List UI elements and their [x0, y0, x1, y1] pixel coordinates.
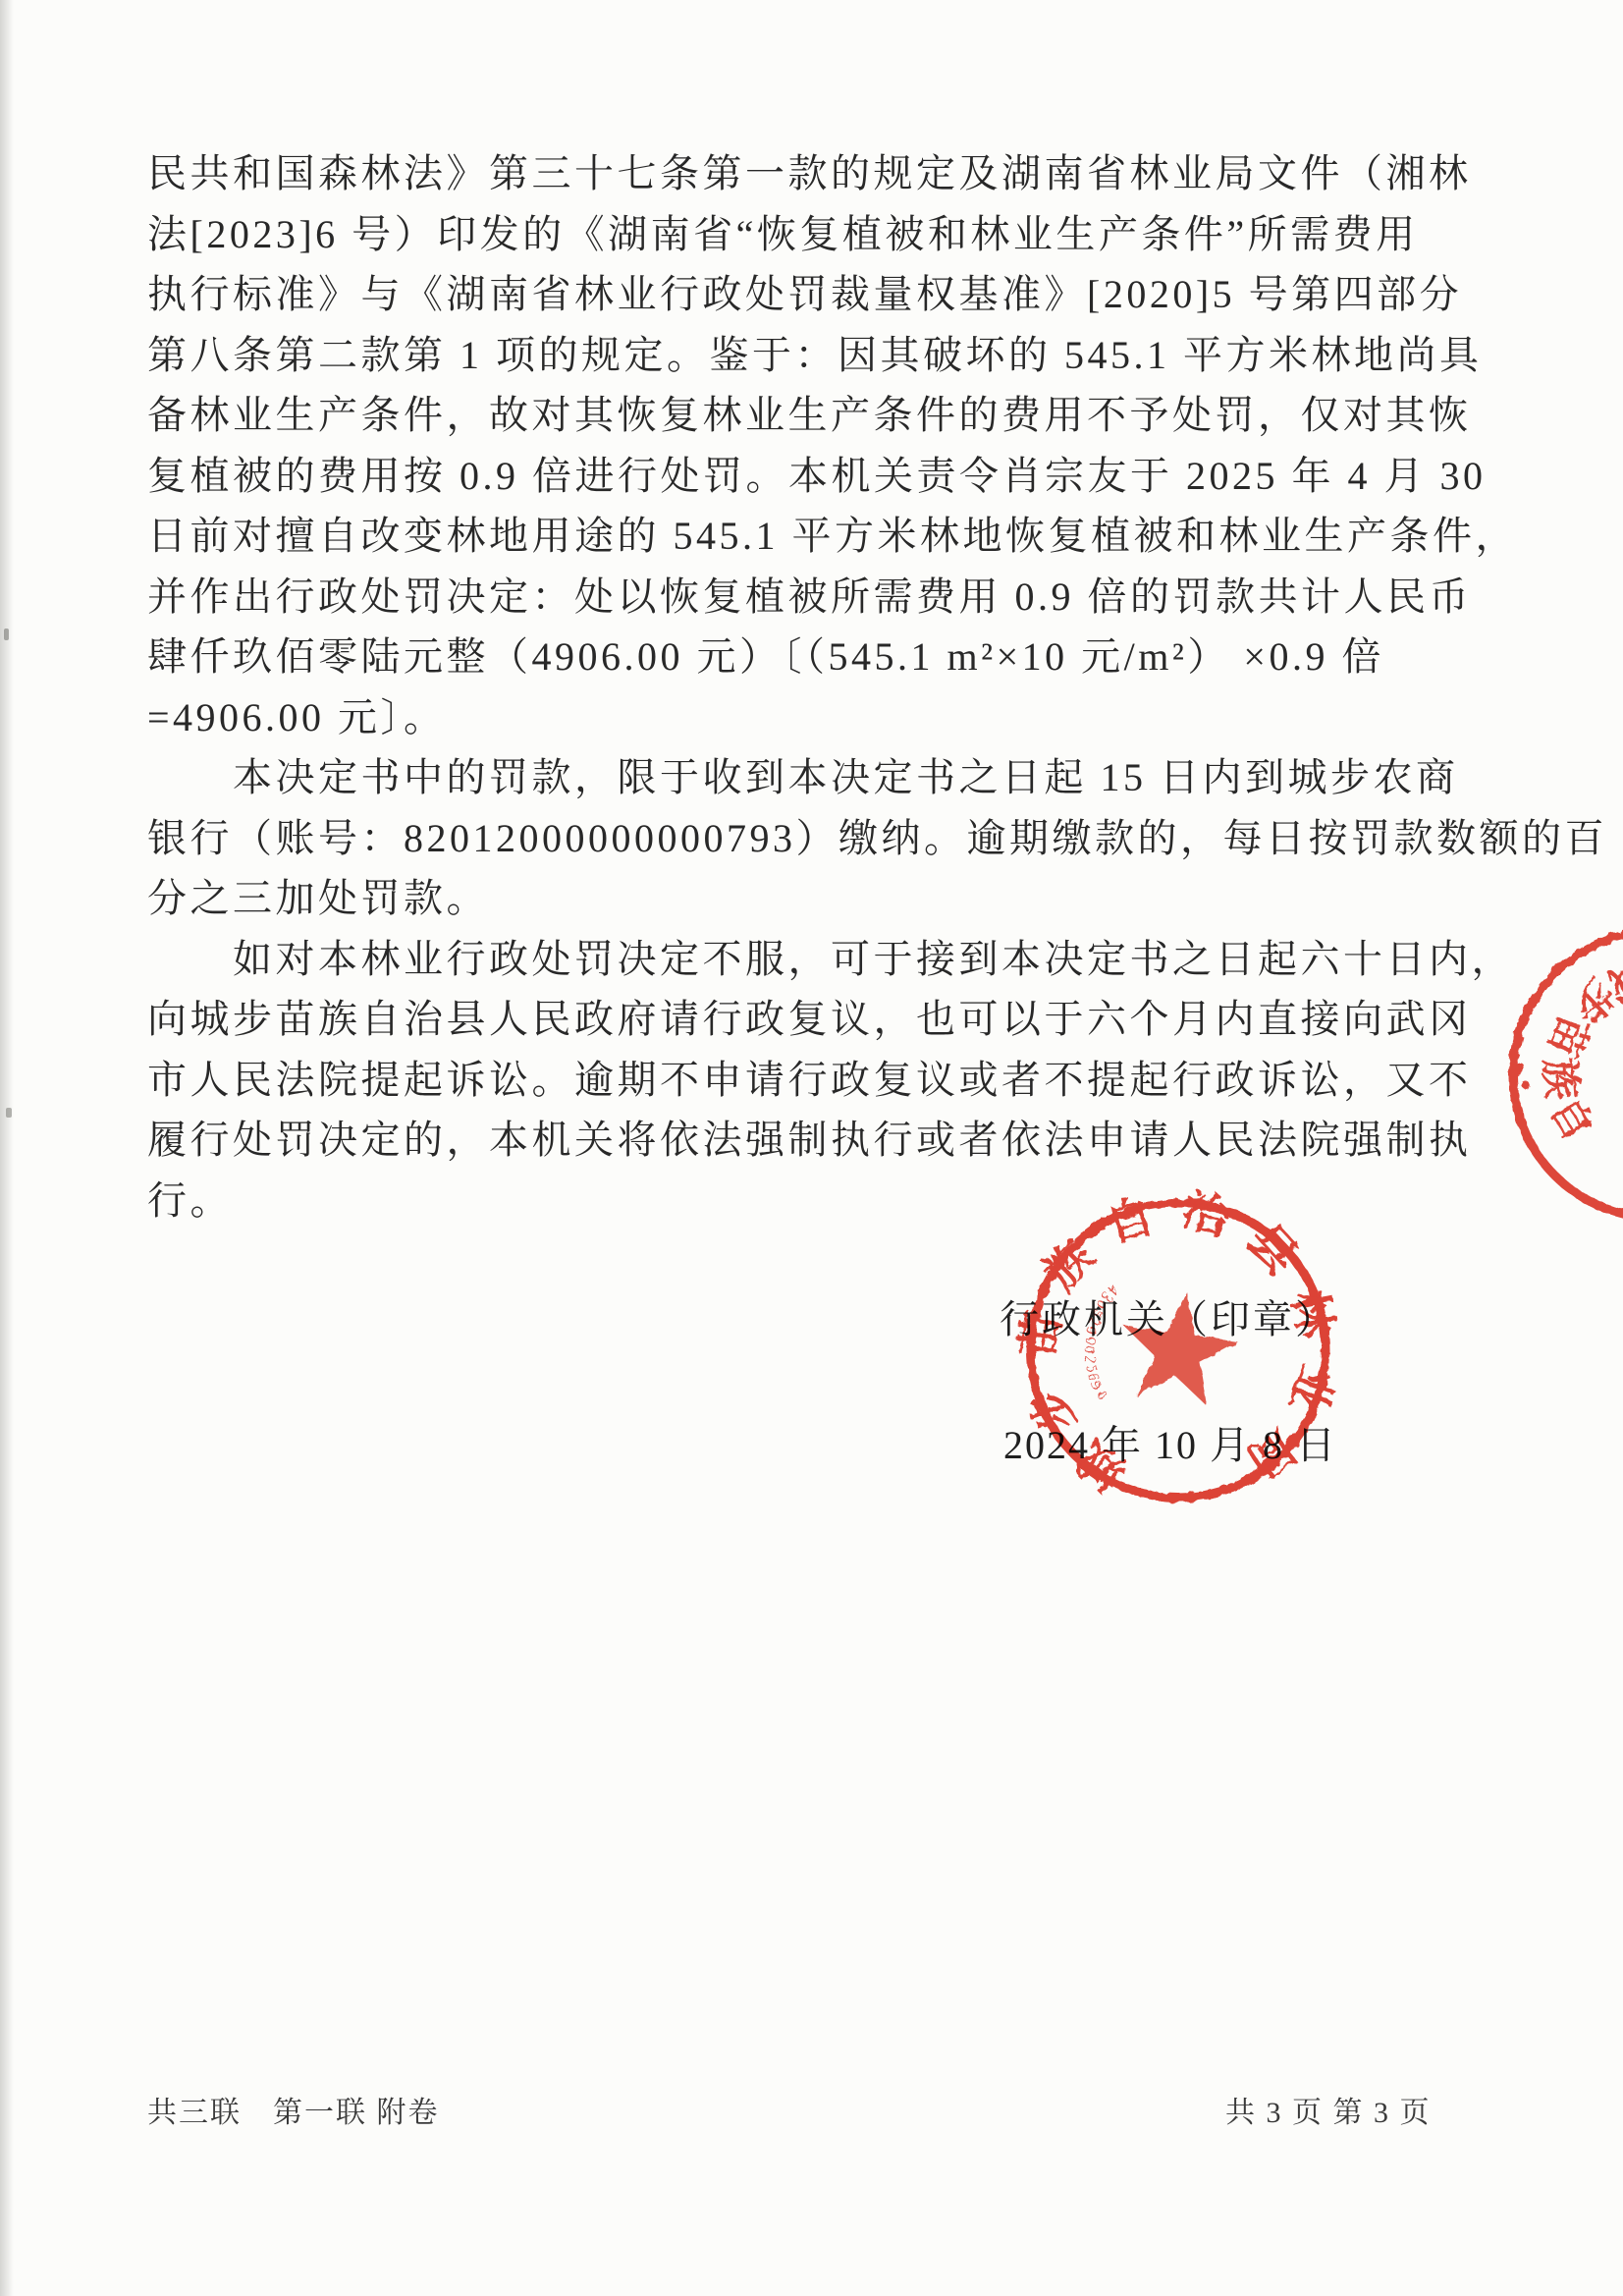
text-line: 行。 — [147, 1171, 1502, 1231]
seal-ring-circle — [1513, 931, 1623, 1218]
text-line: 日前对擅自改变林地用途的 545.1 平方米林地恢复植被和林业生产条件， — [147, 506, 1502, 567]
signature-authority-label: 行政机关（印章） — [1000, 1288, 1337, 1344]
seal-ring-text: 城步苗族自 — [1535, 953, 1623, 1156]
footer-page-number: 共 3 页 第 3 页 — [1225, 2088, 1432, 2131]
ink-speck — [1507, 1061, 1527, 1079]
ink-speck — [1522, 1081, 1530, 1089]
text-line: 本决定书中的罚款，限于收到本决定书之日起 15 日内到城步农商 — [147, 747, 1502, 808]
text-line: 复植被的费用按 0.9 倍进行处罚。本机关责令肖宗友于 2025 年 4 月 3… — [147, 446, 1502, 507]
scan-edge-shadow — [0, 0, 14, 2296]
footer-copy-info: 共三联 第一联 附卷 — [147, 2088, 440, 2131]
signature-date: 2024 年 10 月 8 日 — [1003, 1414, 1337, 1470]
text-line: 如对本林业行政处罚决定不服，可于接到本决定书之日起六十日内， — [147, 929, 1502, 990]
text-line: 向城步苗族自治县人民政府请行政复议，也可以于六个月内直接向武冈 — [147, 989, 1502, 1050]
text-line: 备林业生产条件，故对其恢复林业生产条件的费用不予处罚，仅对其恢 — [147, 385, 1502, 446]
text-line: 第八条第二款第 1 项的规定。鉴于：因其破坏的 545.1 平方米林地尚具 — [147, 325, 1502, 386]
text-line: =4906.00 元〕。 — [147, 687, 1502, 748]
text-line: 银行（账号：82012000000000793）缴纳。逾期缴款的，每日按罚款数额… — [147, 808, 1502, 869]
text-line: 履行处罚决定的，本机关将依法强制执行或者依法申请人民法院强制执 — [147, 1110, 1502, 1171]
text-line: 肆仟玖佰零陆元整（4906.00 元）〔（545.1 m²×10 元/m²） ×… — [147, 627, 1502, 687]
scan-artifact — [6, 1108, 12, 1118]
svg-text:城步苗族自: 城步苗族自 — [1535, 953, 1623, 1156]
text-line: 民共和国森林法》第三十七条第一款的规定及湖南省林业局文件（湘林 — [147, 143, 1502, 204]
official-seal-edge-partial: 城步苗族自 — [1499, 917, 1623, 1231]
text-line: 执行标准》与《湖南省林业行政处罚裁量权基准》[2020]5 号第四部分 — [147, 264, 1502, 325]
scanned-document-page: 民共和国森林法》第三十七条第一款的规定及湖南省林业局文件（湘林 法[2023]6… — [0, 0, 1623, 2296]
text-line: 分之三加处罚款。 — [147, 868, 1502, 929]
text-line: 法[2023]6 号）印发的《湖南省“恢复植被和林业生产条件”所需费用 — [147, 204, 1502, 265]
text-line: 并作出行政处罚决定：处以恢复植被所需费用 0.9 倍的罚款共计人民币 — [147, 567, 1502, 628]
text-line: 市人民法院提起诉讼。逾期不申请行政复议或者不提起行政诉讼，又不 — [147, 1050, 1502, 1111]
scan-artifact — [4, 629, 9, 640]
document-body: 民共和国森林法》第三十七条第一款的规定及湖南省林业局文件（湘林 法[2023]6… — [147, 143, 1502, 1230]
